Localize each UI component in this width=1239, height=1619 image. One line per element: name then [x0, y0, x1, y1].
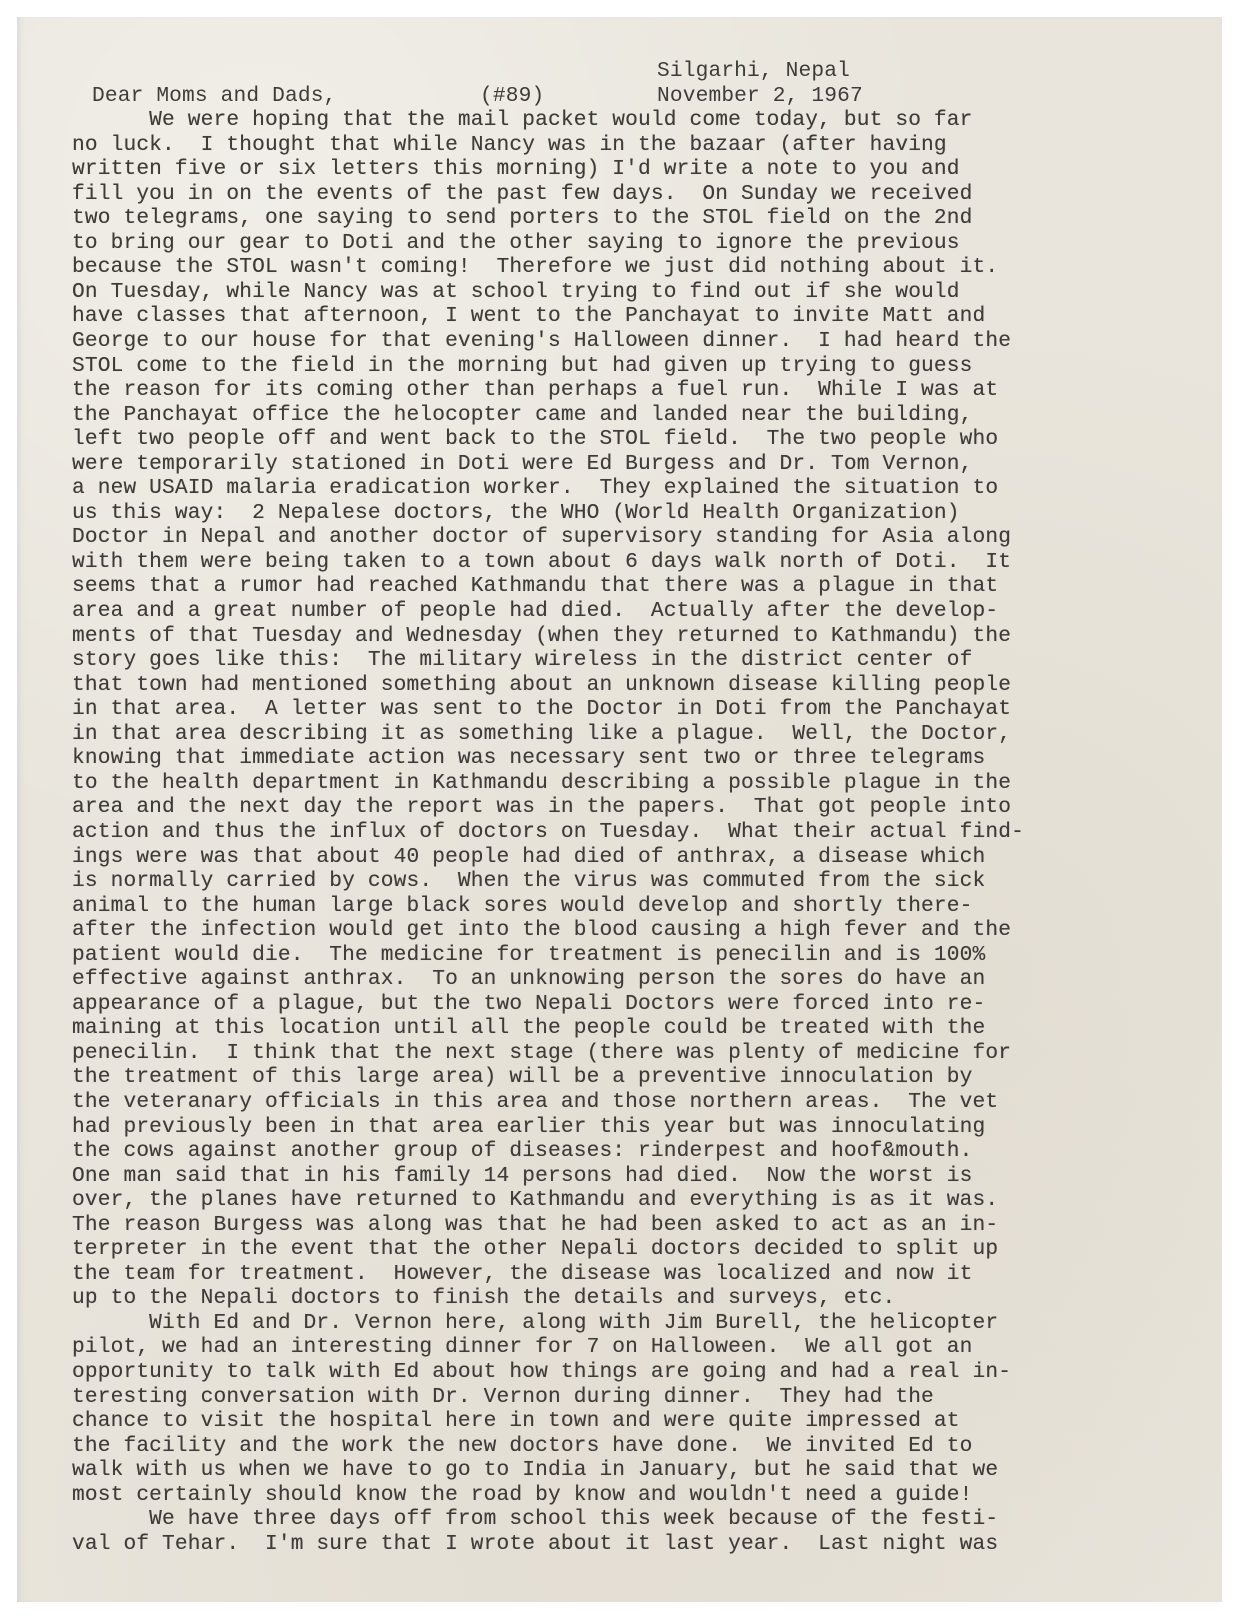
letter-line: a new USAID malaria eradication worker. …	[72, 476, 1232, 501]
letter-line: up to the Nepali doctors to finish the d…	[72, 1286, 1232, 1311]
header-place-row: Silgarhi, Nepal	[72, 59, 1232, 84]
letter-line: is normally carried by cows. When the vi…	[72, 869, 1232, 894]
letter-line: us this way: 2 Nepalese doctors, the WHO…	[72, 501, 1232, 526]
letter-line: With Ed and Dr. Vernon here, along with …	[72, 1311, 1232, 1336]
letter-line: The reason Burgess was along was that he…	[72, 1213, 1232, 1238]
header-salutation-row: Dear Moms and Dads, (#89) November 2, 19…	[72, 84, 1232, 109]
letter-line: the cows against another group of diseas…	[72, 1139, 1232, 1164]
letter-line: Doctor in Nepal and another doctor of su…	[72, 525, 1232, 550]
letter-line: two telegrams, one saying to send porter…	[72, 206, 1232, 231]
letter-place: Silgarhi, Nepal	[657, 59, 850, 84]
letter-line: written five or six letters this morning…	[72, 157, 1232, 182]
salutation: Dear Moms and Dads,	[92, 84, 336, 109]
letter-line: ings were was that about 40 people had d…	[72, 845, 1232, 870]
letter-body: We were hoping that the mail packet woul…	[72, 108, 1232, 1556]
letter-line: the veteranary officials in this area an…	[72, 1090, 1232, 1115]
typewritten-letter: Silgarhi, Nepal Dear Moms and Dads, (#89…	[72, 59, 1232, 1556]
letter-line: were temporarily stationed in Doti were …	[72, 452, 1232, 477]
letter-line: in that area. A letter was sent to the D…	[72, 697, 1232, 722]
letter-line: knowing that immediate action was necess…	[72, 746, 1232, 771]
letter-line: to bring our gear to Doti and the other …	[72, 231, 1232, 256]
letter-line: the facility and the work the new doctor…	[72, 1434, 1232, 1459]
letter-line: the reason for its coming other than per…	[72, 378, 1232, 403]
letter-line: We have three days off from school this …	[72, 1507, 1232, 1532]
letter-line: left two people off and went back to the…	[72, 427, 1232, 452]
letter-line: On Tuesday, while Nancy was at school tr…	[72, 280, 1232, 305]
letter-page: Silgarhi, Nepal Dear Moms and Dads, (#89…	[17, 17, 1222, 1602]
letter-line: teresting conversation with Dr. Vernon d…	[72, 1385, 1232, 1410]
letter-line: opportunity to talk with Ed about how th…	[72, 1360, 1232, 1385]
letter-line: most certainly should know the road by k…	[72, 1483, 1232, 1508]
letter-line: ments of that Tuesday and Wednesday (whe…	[72, 624, 1232, 649]
letter-line: have classes that afternoon, I went to t…	[72, 304, 1232, 329]
letter-line: that town had mentioned something about …	[72, 673, 1232, 698]
letter-line: after the infection would get into the b…	[72, 918, 1232, 943]
letter-line: the Panchayat office the helocopter came…	[72, 403, 1232, 428]
letter-line: had previously been in that area earlier…	[72, 1115, 1232, 1140]
letter-date: November 2, 1967	[657, 84, 863, 109]
letter-line: pilot, we had an interesting dinner for …	[72, 1335, 1232, 1360]
letter-line: appearance of a plague, but the two Nepa…	[72, 992, 1232, 1017]
letter-line: animal to the human large black sores wo…	[72, 894, 1232, 919]
letter-line: over, the planes have returned to Kathma…	[72, 1188, 1232, 1213]
letter-line: terpreter in the event that the other Ne…	[72, 1237, 1232, 1262]
letter-line: patient would die. The medicine for trea…	[72, 943, 1232, 968]
letter-line: area and a great number of people had di…	[72, 599, 1232, 624]
letter-line: seems that a rumor had reached Kathmandu…	[72, 574, 1232, 599]
letter-line: chance to visit the hospital here in tow…	[72, 1409, 1232, 1434]
letter-line: George to our house for that evening's H…	[72, 329, 1232, 354]
letter-line: effective against anthrax. To an unknowi…	[72, 967, 1232, 992]
letter-line: One man said that in his family 14 perso…	[72, 1164, 1232, 1189]
letter-line: story goes like this: The military wirel…	[72, 648, 1232, 673]
letter-line: We were hoping that the mail packet woul…	[72, 108, 1232, 133]
letter-line: to the health department in Kathmandu de…	[72, 771, 1232, 796]
letter-line: penecilin. I think that the next stage (…	[72, 1041, 1232, 1066]
letter-line: STOL come to the field in the morning bu…	[72, 354, 1232, 379]
letter-line: in that area describing it as something …	[72, 722, 1232, 747]
letter-line: because the STOL wasn't coming! Therefor…	[72, 255, 1232, 280]
letter-line: the team for treatment. However, the dis…	[72, 1262, 1232, 1287]
letter-line: no luck. I thought that while Nancy was …	[72, 133, 1232, 158]
letter-line: action and thus the influx of doctors on…	[72, 820, 1232, 845]
letter-line: the treatment of this large area) will b…	[72, 1065, 1232, 1090]
letter-line: walk with us when we have to go to India…	[72, 1458, 1232, 1483]
letter-line: with them were being taken to a town abo…	[72, 550, 1232, 575]
letter-line: val of Tehar. I'm sure that I wrote abou…	[72, 1532, 1232, 1557]
letter-number: (#89)	[480, 84, 544, 109]
letter-line: area and the next day the report was in …	[72, 795, 1232, 820]
letter-line: fill you in on the events of the past fe…	[72, 182, 1232, 207]
letter-line: maining at this location until all the p…	[72, 1016, 1232, 1041]
